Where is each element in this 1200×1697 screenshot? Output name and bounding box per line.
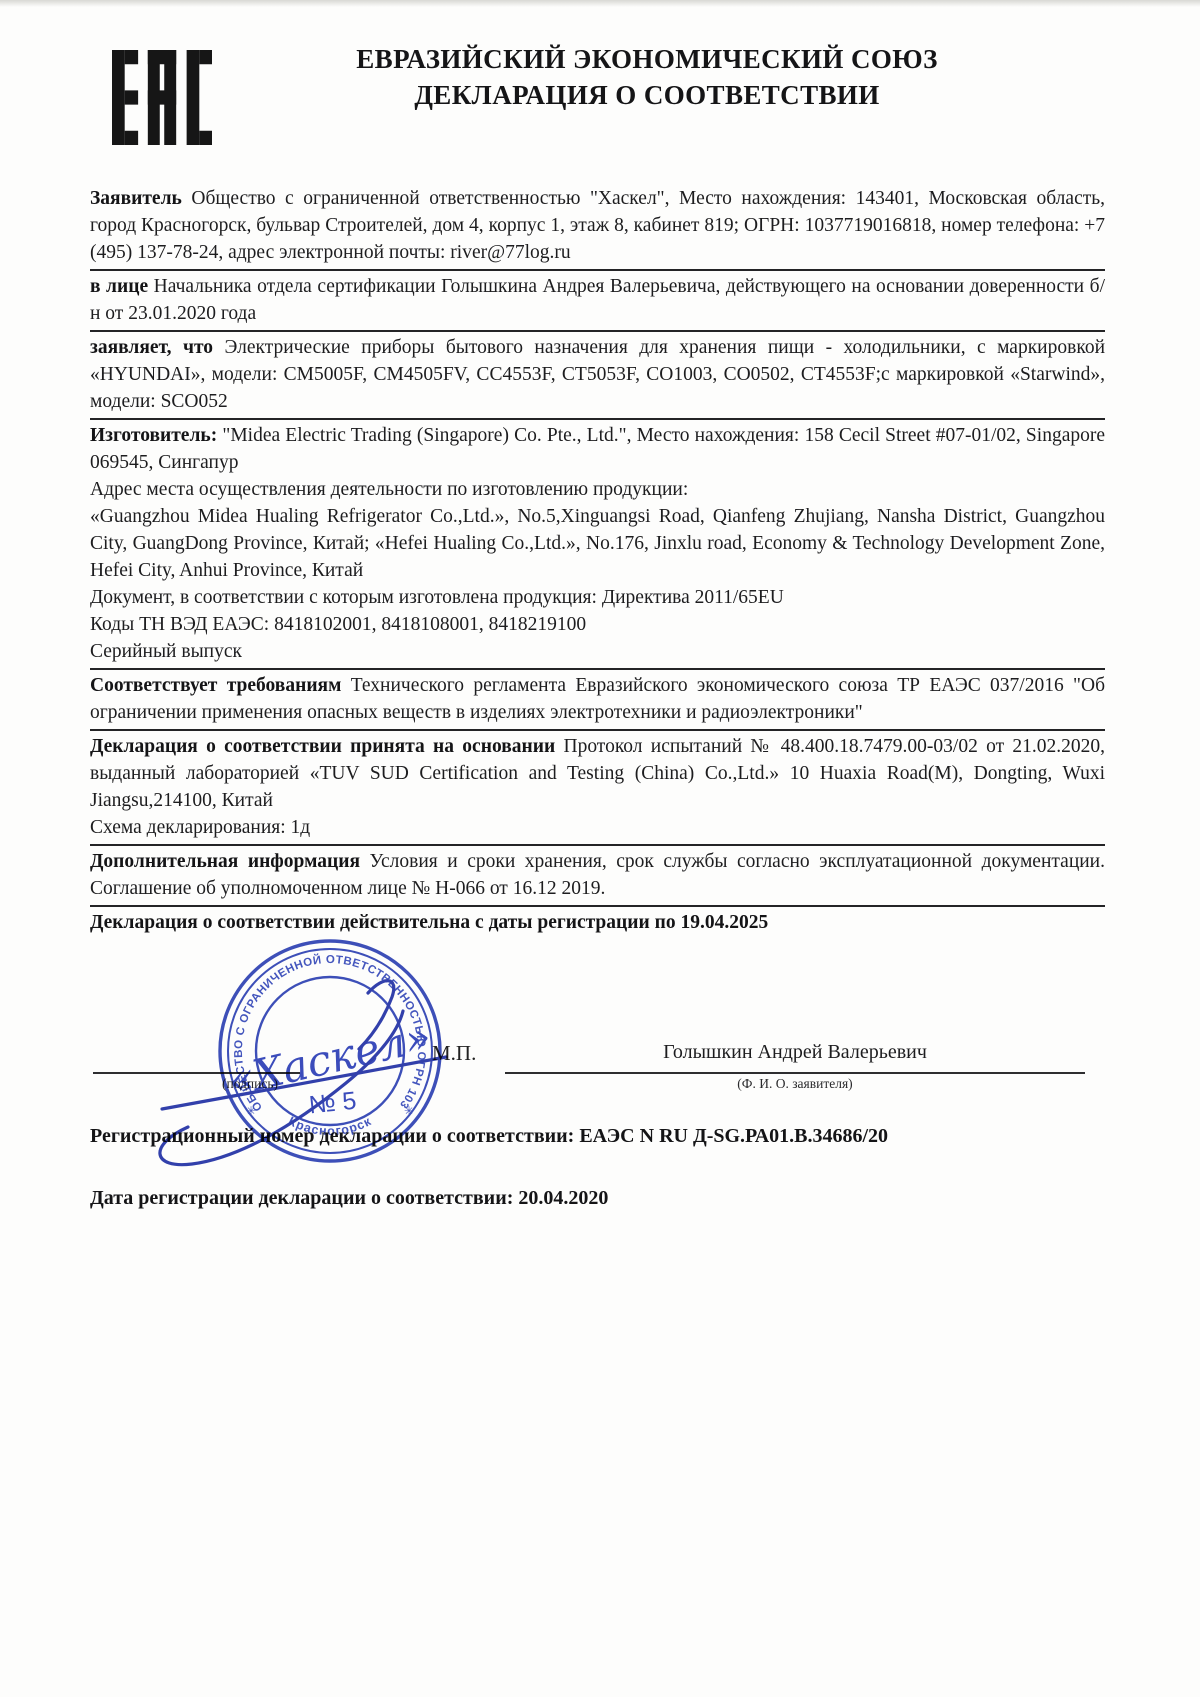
manufacturer-serial-line: Серийный выпуск <box>90 638 1105 665</box>
registration-date-value: 20.04.2020 <box>518 1187 608 1209</box>
declares-label: заявляет, что <box>90 337 213 358</box>
section-declares: заявляет, что Электрические приборы быто… <box>90 332 1105 420</box>
stamp-star-left: ✳ <box>246 1104 256 1118</box>
signatory-name: Голышкин Андрей Валерьевич <box>505 1041 1085 1064</box>
applicant-label: Заявитель <box>90 188 182 209</box>
section-additional-info: Дополнительная информация Условия и срок… <box>90 846 1105 907</box>
section-represented-by: в лице Начальника отдела сертификации Го… <box>90 271 1105 332</box>
applicant-text: Общество с ограниченной ответственностью… <box>90 188 1105 263</box>
registration-number-value: ЕАЭС N RU Д-SG.РА01.В.34686/20 <box>579 1125 888 1147</box>
manufacturer-address-intro: Адрес места осуществления деятельности п… <box>90 476 1105 503</box>
section-complies: Соответствует требованиям Технического р… <box>90 670 1105 731</box>
title-line-2: ДЕКЛАРАЦИЯ О СООТВЕТСТВИИ <box>257 78 1037 114</box>
document-header: ЕВРАЗИЙСКИЙ ЭКОНОМИЧЕСКИЙ СОЮЗ ДЕКЛАРАЦИ… <box>0 0 1200 183</box>
signatory-name-caption: (Ф. И. О. заявителя) <box>505 1076 1085 1092</box>
company-stamp: ОБЩЕСТВО С ОГРАНИЧЕННОЙ ОТВЕТСТВЕННОСТЬЮ… <box>140 931 520 1253</box>
section-applicant: Заявитель Общество с ограниченной ответс… <box>90 183 1105 271</box>
section-manufacturer: Изготовитель: "Midea Electric Trading (S… <box>90 420 1105 670</box>
manufacturer-tnved-line: Коды ТН ВЭД ЕАЭС: 8418102001, 8418108001… <box>90 611 1105 638</box>
manufacturer-label: Изготовитель: <box>90 425 217 446</box>
page-title: ЕВРАЗИЙСКИЙ ЭКОНОМИЧЕСКИЙ СОЮЗ ДЕКЛАРАЦИ… <box>257 42 1037 113</box>
document-body: Заявитель Общество с ограниченной ответс… <box>0 183 1200 1257</box>
manufacturer-address: «Guangzhou Midea Hualing Refrigerator Co… <box>90 503 1105 584</box>
additional-info-label: Дополнительная информация <box>90 851 360 872</box>
represented-by-label: в лице <box>90 276 148 297</box>
basis-label: Декларация о соответствии принята на осн… <box>90 736 555 757</box>
title-line-1: ЕВРАЗИЙСКИЙ ЭКОНОМИЧЕСКИЙ СОЮЗ <box>257 42 1037 78</box>
complies-label: Соответствует требованиям <box>90 675 341 696</box>
signature-zone: ОБЩЕСТВО С ОГРАНИЧЕННОЙ ОТВЕТСТВЕННОСТЬЮ… <box>90 945 1105 1257</box>
basis-scheme-line: Схема декларирования: 1д <box>90 814 1105 841</box>
declares-text: Электрические приборы бытового назначени… <box>90 337 1105 412</box>
manufacturer-doc-line: Документ, в соответствии с которым изгот… <box>90 584 1105 611</box>
signatory-name-line <box>505 1072 1085 1074</box>
eac-mark-icon <box>112 50 212 145</box>
declaration-document: ЕВРАЗИЙСКИЙ ЭКОНОМИЧЕСКИЙ СОЮЗ ДЕКЛАРАЦИ… <box>0 0 1200 1697</box>
represented-by-text: Начальника отдела сертификации Голышкина… <box>90 276 1105 324</box>
manufacturer-text: "Midea Electric Trading (Singapore) Co. … <box>90 425 1105 473</box>
basis-paragraph: Декларация о соответствии принята на осн… <box>90 733 1105 814</box>
stamp-star-right: ✳ <box>404 1104 414 1118</box>
manufacturer-paragraph: Изготовитель: "Midea Electric Trading (S… <box>90 422 1105 476</box>
section-basis: Декларация о соответствии принята на осн… <box>90 731 1105 846</box>
stamp-number-text: № 5 <box>307 1087 357 1120</box>
